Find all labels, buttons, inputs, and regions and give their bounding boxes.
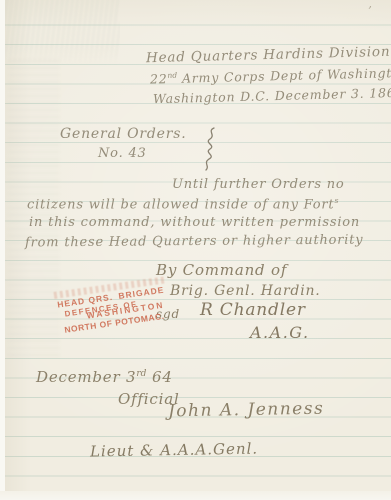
scan-edge-left [0,0,5,500]
general-orders-label: General Orders. [60,126,186,142]
by-command-line: By Command of [156,261,287,279]
scan-edge-bottom [0,491,391,500]
footer-date: December 3rd 64 [36,368,173,386]
footer-date-year: 64 [146,368,172,386]
clerk-signature: John A. Jenness [168,399,325,422]
brace-flourish [198,126,222,176]
general-orders-number: No. 43 [98,146,147,161]
corps-number-ordinal: nd [167,71,177,80]
ink-showthrough-top-left [2,0,120,66]
adjutant-signature: R Chandler [200,300,306,320]
clerk-title: Lieut & A.A.A.Genl. [90,440,258,461]
footer-date-main: December 3 [36,368,136,386]
body-line-2: citizens will be allowed inside of any F… [27,196,338,212]
body-line-3: in this command, without written permiss… [29,215,360,230]
body-line-2-text: citizens will be allowed inside of any F… [27,197,334,212]
fort-superscript: s [334,196,338,205]
adjutant-title: A.A.G. [250,323,310,342]
corps-number: 22 [150,71,168,86]
document-scan: ’ Head Quarters Hardins Division 22nd Ar… [0,0,391,500]
pen-mark: ’ [368,4,372,18]
general-name-line: Brig. Genl. Hardin. [170,283,321,299]
body-line-1: Until further Orders no [172,177,345,192]
footer-date-ordinal: rd [136,369,146,379]
body-line-4: from these Head Quarters or higher autho… [25,233,364,251]
